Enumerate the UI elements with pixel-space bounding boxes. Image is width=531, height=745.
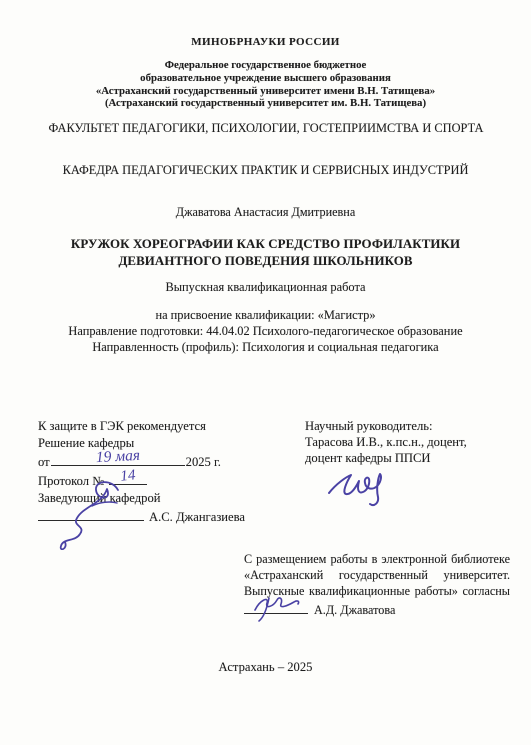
direction-line: Направление подготовки: 44.04.02 Психоло…: [0, 324, 531, 340]
city-year: Астрахань – 2025: [0, 660, 531, 675]
institution-line: «Астраханский государственный университе…: [0, 85, 531, 98]
protocol-underline: 14: [109, 471, 147, 485]
work-type: Выпускная квалификационная работа: [0, 280, 531, 295]
protocol-line: Протокол №14: [38, 471, 268, 490]
consent-block: С размещением работы в электронной библи…: [244, 552, 510, 619]
author-name: Джаватова Анастасия Дмитриевна: [0, 205, 531, 220]
defense-date-line: от19 мая2025 г.: [38, 452, 268, 471]
head-label: Заведующий кафедрой: [38, 490, 268, 507]
consent-name: А.Д. Джаватова: [314, 603, 395, 617]
consent-line1: С размещением работы в электронной библи…: [244, 552, 510, 568]
head-signature-line: А.С. Джангазиева: [38, 507, 268, 526]
date-suffix: 2025 г.: [186, 455, 221, 469]
consent-line2: «Астраханский государственный университе…: [244, 568, 510, 584]
institution-block: Федеральное государственное бюджетное об…: [0, 59, 531, 110]
head-name: А.С. Джангазиева: [149, 510, 245, 524]
work-title-line2: ДЕВИАНТНОГО ПОВЕДЕНИЯ ШКОЛЬНИКОВ: [0, 253, 531, 270]
work-title-line1: КРУЖОК ХОРЕОГРАФИИ КАК СРЕДСТВО ПРОФИЛАК…: [0, 236, 531, 253]
qualification-block: на присвоение квалификации: «Магистр» На…: [0, 308, 531, 355]
defense-block: К защите в ГЭК рекомендуется Решение каф…: [38, 418, 268, 525]
profile-line: Направленность (профиль): Психология и с…: [0, 340, 531, 356]
institution-line: образовательное учреждение высшего образ…: [0, 72, 531, 85]
faculty-heading: ФАКУЛЬТЕТ ПЕДАГОГИКИ, ПСИХОЛОГИИ, ГОСТЕП…: [46, 121, 486, 137]
department-heading: КАФЕДРА ПЕДАГОГИЧЕСКИХ ПРАКТИК И СЕРВИСН…: [0, 163, 531, 178]
supervisor-block: Научный руководитель: Тарасова И.В., к.п…: [305, 418, 515, 467]
supervisor-position-line: доцент кафедры ППСИ: [305, 450, 515, 466]
consent-line3: Выпускные квалификационные работы» согла…: [244, 584, 510, 600]
date-underline: 19 мая: [51, 452, 185, 466]
institution-line: Федеральное государственное бюджетное: [0, 59, 531, 72]
ministry-heading: МИНОБРНАУКИ РОССИИ: [0, 36, 531, 48]
protocol-label: Протокол №: [38, 474, 104, 488]
thesis-title-page: МИНОБРНАУКИ РОССИИ Федеральное государст…: [0, 0, 531, 745]
consent-signature-line: А.Д. Джаватова: [244, 600, 510, 619]
head-signature-underline: [38, 507, 144, 521]
institution-line: (Астраханский государственный университе…: [0, 97, 531, 110]
handwritten-protocol-number: 14: [108, 466, 148, 487]
work-title: КРУЖОК ХОРЕОГРАФИИ КАК СРЕДСТВО ПРОФИЛАК…: [0, 236, 531, 269]
defense-recommend: К защите в ГЭК рекомендуется: [38, 418, 268, 435]
date-prefix: от: [38, 455, 50, 469]
supervisor-signature-ink: [324, 463, 404, 509]
supervisor-name-line: Тарасова И.В., к.пс.н., доцент,: [305, 434, 515, 450]
supervisor-label: Научный руководитель:: [305, 418, 515, 434]
qualification-line: на присвоение квалификации: «Магистр»: [0, 308, 531, 324]
consent-signature-underline: [244, 600, 308, 614]
